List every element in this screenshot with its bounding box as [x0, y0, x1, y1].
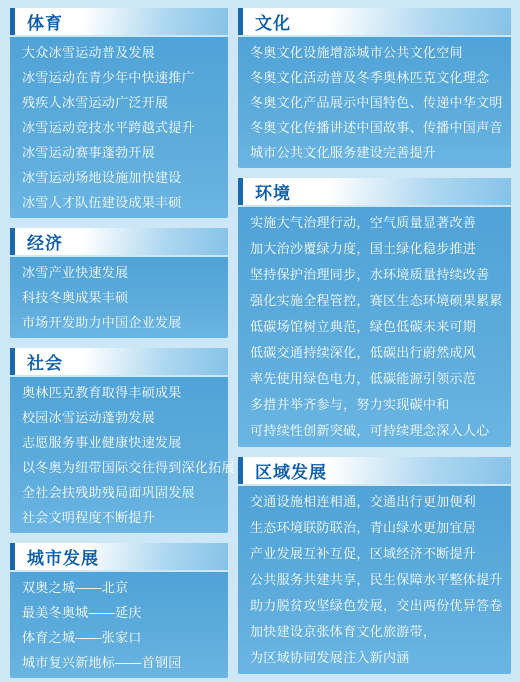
section-header-culture: 文化: [238, 8, 511, 35]
list-item: 强化实施全程管控，赛区生态环境硕果累累: [250, 288, 509, 314]
section-title: 文化: [255, 9, 291, 34]
section-title: 社会: [27, 349, 63, 374]
section-urban-development: 城市发展 双奥之城——北京 最美冬奥城——延庆 体育之城——张家口 城市复兴新地…: [10, 543, 228, 678]
list-item: 校园冰雪运动蓬勃发展: [22, 405, 226, 430]
section-body-society: 奥林匹克教育取得丰硕成果 校园冰雪运动蓬勃发展 志愿服务事业健康快速发展 以冬奥…: [10, 377, 228, 533]
list-item: 冰雪运动在青少年中快速推广: [22, 65, 226, 90]
list-item: 社会文明程度不断提升: [22, 505, 226, 530]
list-item: 多措并举齐参与，努力实现碳中和: [250, 392, 509, 418]
section-title: 环境: [255, 179, 291, 204]
section-title: 区域发展: [255, 458, 327, 483]
infographic-page: 体育 大众冰雪运动普及发展 冰雪运动在青少年中快速推广 残疾人冰雪运动广泛开展 …: [0, 0, 520, 682]
section-title: 体育: [27, 9, 63, 34]
list-item: 率先使用绿色电力，低碳能源引领示范: [250, 366, 509, 392]
list-item: 全社会扶残助残局面巩固发展: [22, 480, 226, 505]
list-item: 产业发展互补互促，区域经济不断提升: [250, 541, 509, 567]
list-item: 坚持保护治理同步，水环境质量持续改善: [250, 262, 509, 288]
section-header-environment: 环境: [238, 178, 511, 205]
list-item: 体育之城——张家口: [22, 625, 226, 650]
list-item: 公共服务共建共享，民生保障水平整体提升: [250, 567, 509, 593]
section-body-regional-development: 交通设施相连相通，交通出行更加便利 生态环境联防联治，青山绿水更加宜居 产业发展…: [238, 486, 511, 674]
list-item: 低碳场馆树立典范，绿色低碳未来可期: [250, 314, 509, 340]
section-title: 经济: [27, 229, 63, 254]
list-item: 冰雪人才队伍建设成果丰硕: [22, 190, 226, 215]
list-item: 实施大气治理行动，空气质量显著改善: [250, 210, 509, 236]
list-item: 市场开发助力中国企业发展: [22, 310, 226, 335]
section-economy: 经济 冰雪产业快速发展 科技冬奥成果丰硕 市场开发助力中国企业发展: [10, 228, 228, 338]
section-header-economy: 经济: [10, 228, 228, 255]
section-society: 社会 奥林匹克教育取得丰硕成果 校园冰雪运动蓬勃发展 志愿服务事业健康快速发展 …: [10, 348, 228, 533]
list-item: 冰雪运动赛事蓬勃开展: [22, 140, 226, 165]
list-item: 双奥之城——北京: [22, 575, 226, 600]
list-item: 城市复兴新地标——首钢园: [22, 650, 226, 675]
section-sports: 体育 大众冰雪运动普及发展 冰雪运动在青少年中快速推广 残疾人冰雪运动广泛开展 …: [10, 8, 228, 218]
section-body-culture: 冬奥文化设施增添城市公共文化空间 冬奥文化活动普及冬季奥林匹克文化理念 冬奥文化…: [238, 37, 511, 168]
list-item: 冰雪运动场地设施加快建设: [22, 165, 226, 190]
left-column: 体育 大众冰雪运动普及发展 冰雪运动在青少年中快速推广 残疾人冰雪运动广泛开展 …: [10, 8, 228, 672]
list-item: 助力脱贫攻坚绿色发展，交出两份优异答卷: [250, 593, 509, 619]
list-item: 生态环境联防联治，青山绿水更加宜居: [250, 515, 509, 541]
list-item: 冬奥文化活动普及冬季奥林匹克文化理念: [250, 65, 509, 90]
list-item: 加大治沙覆绿力度，国土绿化稳步推进: [250, 236, 509, 262]
section-body-urban-development: 双奥之城——北京 最美冬奥城——延庆 体育之城——张家口 城市复兴新地标——首钢…: [10, 572, 228, 678]
list-item: 冬奥文化设施增添城市公共文化空间: [250, 40, 509, 65]
list-item: 大众冰雪运动普及发展: [22, 40, 226, 65]
list-item: 以冬奥为纽带国际交往得到深化拓展: [22, 455, 226, 480]
list-item: 交通设施相连相通，交通出行更加便利: [250, 489, 509, 515]
list-item: 加快建设京张体育文化旅游带，: [250, 619, 509, 645]
section-environment: 环境 实施大气治理行动，空气质量显著改善 加大治沙覆绿力度，国土绿化稳步推进 坚…: [238, 178, 511, 447]
section-body-economy: 冰雪产业快速发展 科技冬奥成果丰硕 市场开发助力中国企业发展: [10, 257, 228, 338]
list-item: 低碳交通持续深化，低碳出行蔚然成风: [250, 340, 509, 366]
list-item: 城市公共文化服务建设完善提升: [250, 140, 509, 165]
right-column: 文化 冬奥文化设施增添城市公共文化空间 冬奥文化活动普及冬季奥林匹克文化理念 冬…: [238, 8, 511, 672]
list-item: 可持续性创新突破，可持续理念深入人心: [250, 418, 509, 444]
list-item: 奥林匹克教育取得丰硕成果: [22, 380, 226, 405]
section-title: 城市发展: [27, 544, 99, 569]
section-culture: 文化 冬奥文化设施增添城市公共文化空间 冬奥文化活动普及冬季奥林匹克文化理念 冬…: [238, 8, 511, 168]
section-header-society: 社会: [10, 348, 228, 375]
section-regional-development: 区域发展 交通设施相连相通，交通出行更加便利 生态环境联防联治，青山绿水更加宜居…: [238, 457, 511, 674]
section-body-sports: 大众冰雪运动普及发展 冰雪运动在青少年中快速推广 残疾人冰雪运动广泛开展 冰雪运…: [10, 37, 228, 218]
section-header-urban-development: 城市发展: [10, 543, 228, 570]
list-item: 冰雪产业快速发展: [22, 260, 226, 285]
list-item: 科技冬奥成果丰硕: [22, 285, 226, 310]
list-item: 冰雪运动竞技水平跨越式提升: [22, 115, 226, 140]
list-item: 为区域协同发展注入新内涵: [250, 645, 509, 671]
section-body-environment: 实施大气治理行动，空气质量显著改善 加大治沙覆绿力度，国土绿化稳步推进 坚持保护…: [238, 207, 511, 447]
section-header-regional-development: 区域发展: [238, 457, 511, 484]
section-header-sports: 体育: [10, 8, 228, 35]
list-item: 志愿服务事业健康快速发展: [22, 430, 226, 455]
list-item: 残疾人冰雪运动广泛开展: [22, 90, 226, 115]
list-item: 最美冬奥城——延庆: [22, 600, 226, 625]
list-item: 冬奥文化传播讲述中国故事、传播中国声音: [250, 115, 509, 140]
list-item: 冬奥文化产品展示中国特色、传递中华文明: [250, 90, 509, 115]
